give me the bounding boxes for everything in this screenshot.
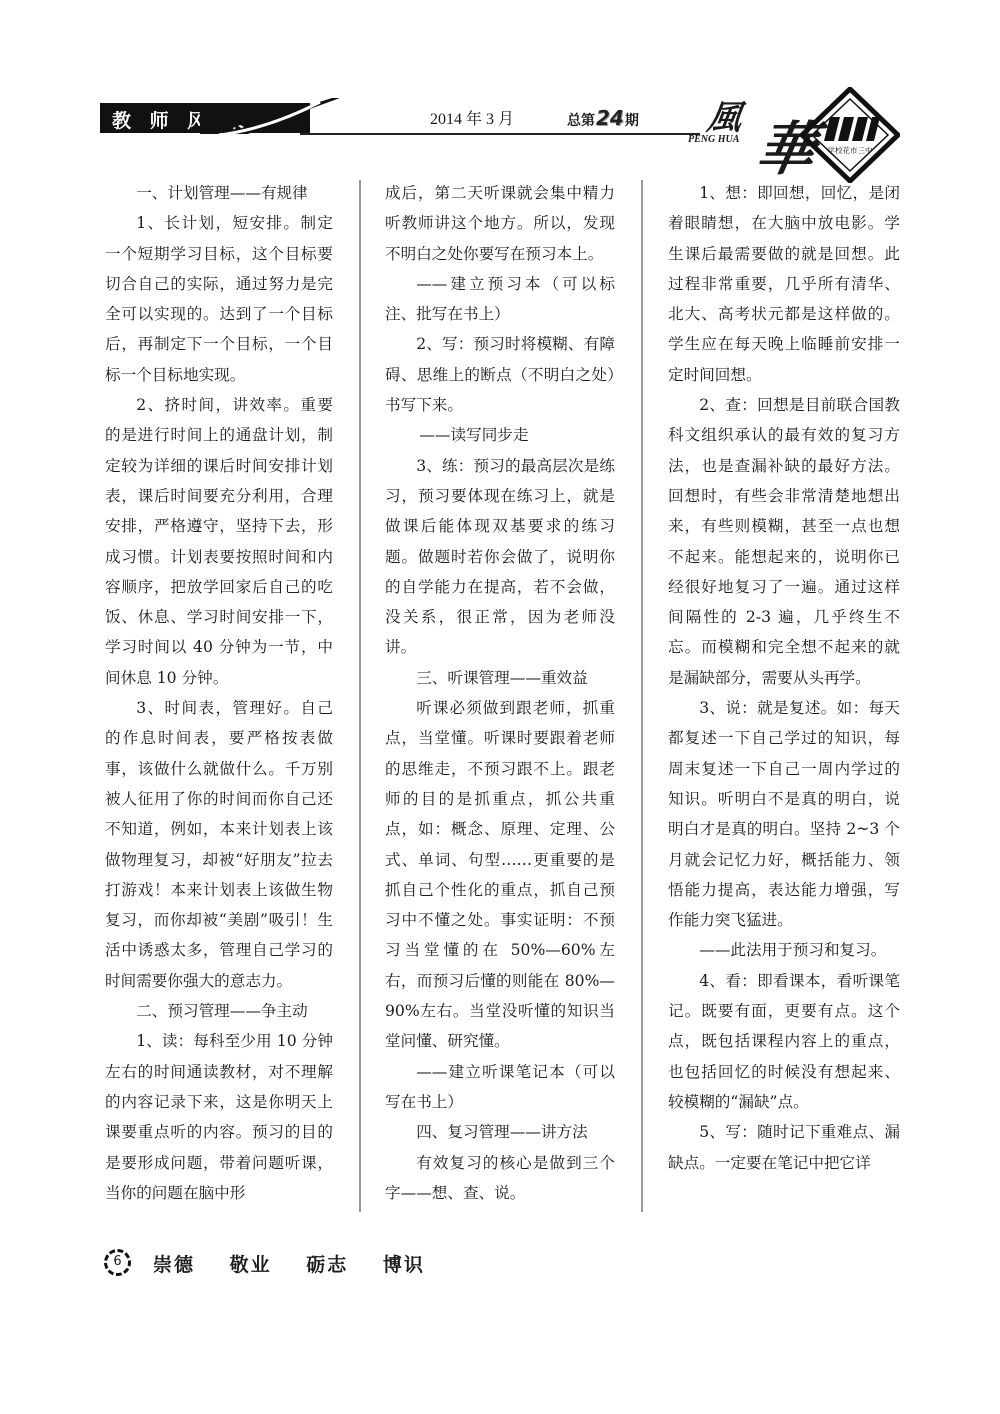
paragraph: 1、想：即回想，回忆，是闭着眼睛想，在大脑中放电影。学生课后最需要做的就是回想。… [668, 178, 900, 390]
note: ——建立预习本（可以标注、批写在书上） [385, 269, 615, 330]
paragraph: 1、长计划，短安排。制定一个短期学习目标，这个目标要切合自己的实际，通过努力是完… [105, 208, 333, 390]
publication-brand: 風 PENG HUA 華 [688, 90, 808, 185]
issue-number: 总第24期 [567, 106, 639, 130]
paragraph: 2、写：预习时将模糊、有障碍、思维上的断点（不明白之处）书写下来。 [385, 329, 615, 420]
issue-prefix: 总第 [567, 113, 595, 129]
note: ——读写同步走 [385, 420, 615, 450]
column-divider [359, 180, 361, 1212]
brand-pinyin: PENG HUA [688, 134, 739, 145]
swoosh-decoration-icon [200, 96, 340, 138]
column-divider [641, 180, 643, 1212]
motto-item: 砺志 [306, 1254, 348, 1276]
brand-char-feng: 風 [705, 90, 746, 139]
note: ——此法用于预习和复习。 [668, 935, 900, 965]
paragraph: 4、看：即看课本，看听课笔记。既要有面，更要有点。这个点，既包括课程内容上的重点… [668, 966, 900, 1117]
motto-item: 崇德 [153, 1254, 195, 1276]
motto-item: 敬业 [230, 1254, 272, 1276]
header-rule [300, 133, 700, 135]
article-column-2: 成后，第二天听课就会集中精力听教师讲这个地方。所以，发现不明白之处你要写在预习本… [385, 178, 615, 1208]
issue-date: 2014 年 3 月 [430, 106, 514, 129]
section-heading: 四、复习管理——讲方法 [385, 1117, 615, 1147]
paragraph: 2、查：回想是目前联合国教科文组织承认的最有效的复习方法，也是查漏补缺的最好方法… [668, 390, 900, 693]
page-number: 6 [107, 1254, 128, 1269]
paragraph: 3、练：预习的最高层次是练习，预习要体现在练习上，就是做课后能体现双基要求的练习… [385, 451, 615, 663]
paragraph: 成后，第二天听课就会集中精力听教师讲这个地方。所以，发现不明白之处你要写在预习本… [385, 178, 615, 269]
paragraph: 听课必须做到跟老师，抓重点，当堂懂。听课时要跟着老师的思维走，不预习跟不上。跟老… [385, 693, 615, 1057]
article-column-3: 1、想：即回想，回忆，是闭着眼睛想，在大脑中放电影。学生课后最需要做的就是回想。… [668, 178, 900, 1178]
paragraph: 2、挤时间，讲效率。重要的是进行时间上的通盘计划，制定较为详细的课后时间安排计划… [105, 390, 333, 693]
paragraph: 5、写：随时记下重难点、漏缺点。一定要在笔记中把它详 [668, 1117, 900, 1178]
motto-item: 博识 [383, 1254, 425, 1276]
paragraph: 有效复习的核心是做到三个字——想、查、说。 [385, 1148, 615, 1209]
issue-suffix: 期 [625, 113, 639, 129]
section-heading: 二、预习管理——争主动 [105, 996, 333, 1026]
section-heading: 三、听课管理——重效益 [385, 663, 615, 693]
note: ——建立听课笔记本（可以写在书上） [385, 1057, 615, 1118]
article-column-1: 一、计划管理——有规律 1、长计划，短安排。制定一个短期学习目标，这个目标要切合… [105, 178, 333, 1208]
page-number-badge: 6 [104, 1249, 131, 1276]
paragraph: 3、说：就是复述。如：每天都复述一下自己学过的知识，每周末复述一下自己一周内学过… [668, 693, 900, 935]
school-motto: 崇德 敬业 砺志 博识 [153, 1250, 443, 1277]
school-logo-icon: 学校花市三中 [800, 87, 900, 183]
paragraph: 1、读：每科至少用 10 分钟左右的时间通读教材，对不理解的内容记录下来，这是你… [105, 1026, 333, 1208]
paragraph: 3、时间表，管理好。自己的作息时间表，要严格按表做事，该做什么就做什么。千万别被… [105, 693, 333, 996]
issue-number-value: 24 [596, 106, 624, 130]
svg-text:学校花市三中: 学校花市三中 [828, 145, 873, 155]
section-heading: 一、计划管理——有规律 [105, 178, 333, 208]
